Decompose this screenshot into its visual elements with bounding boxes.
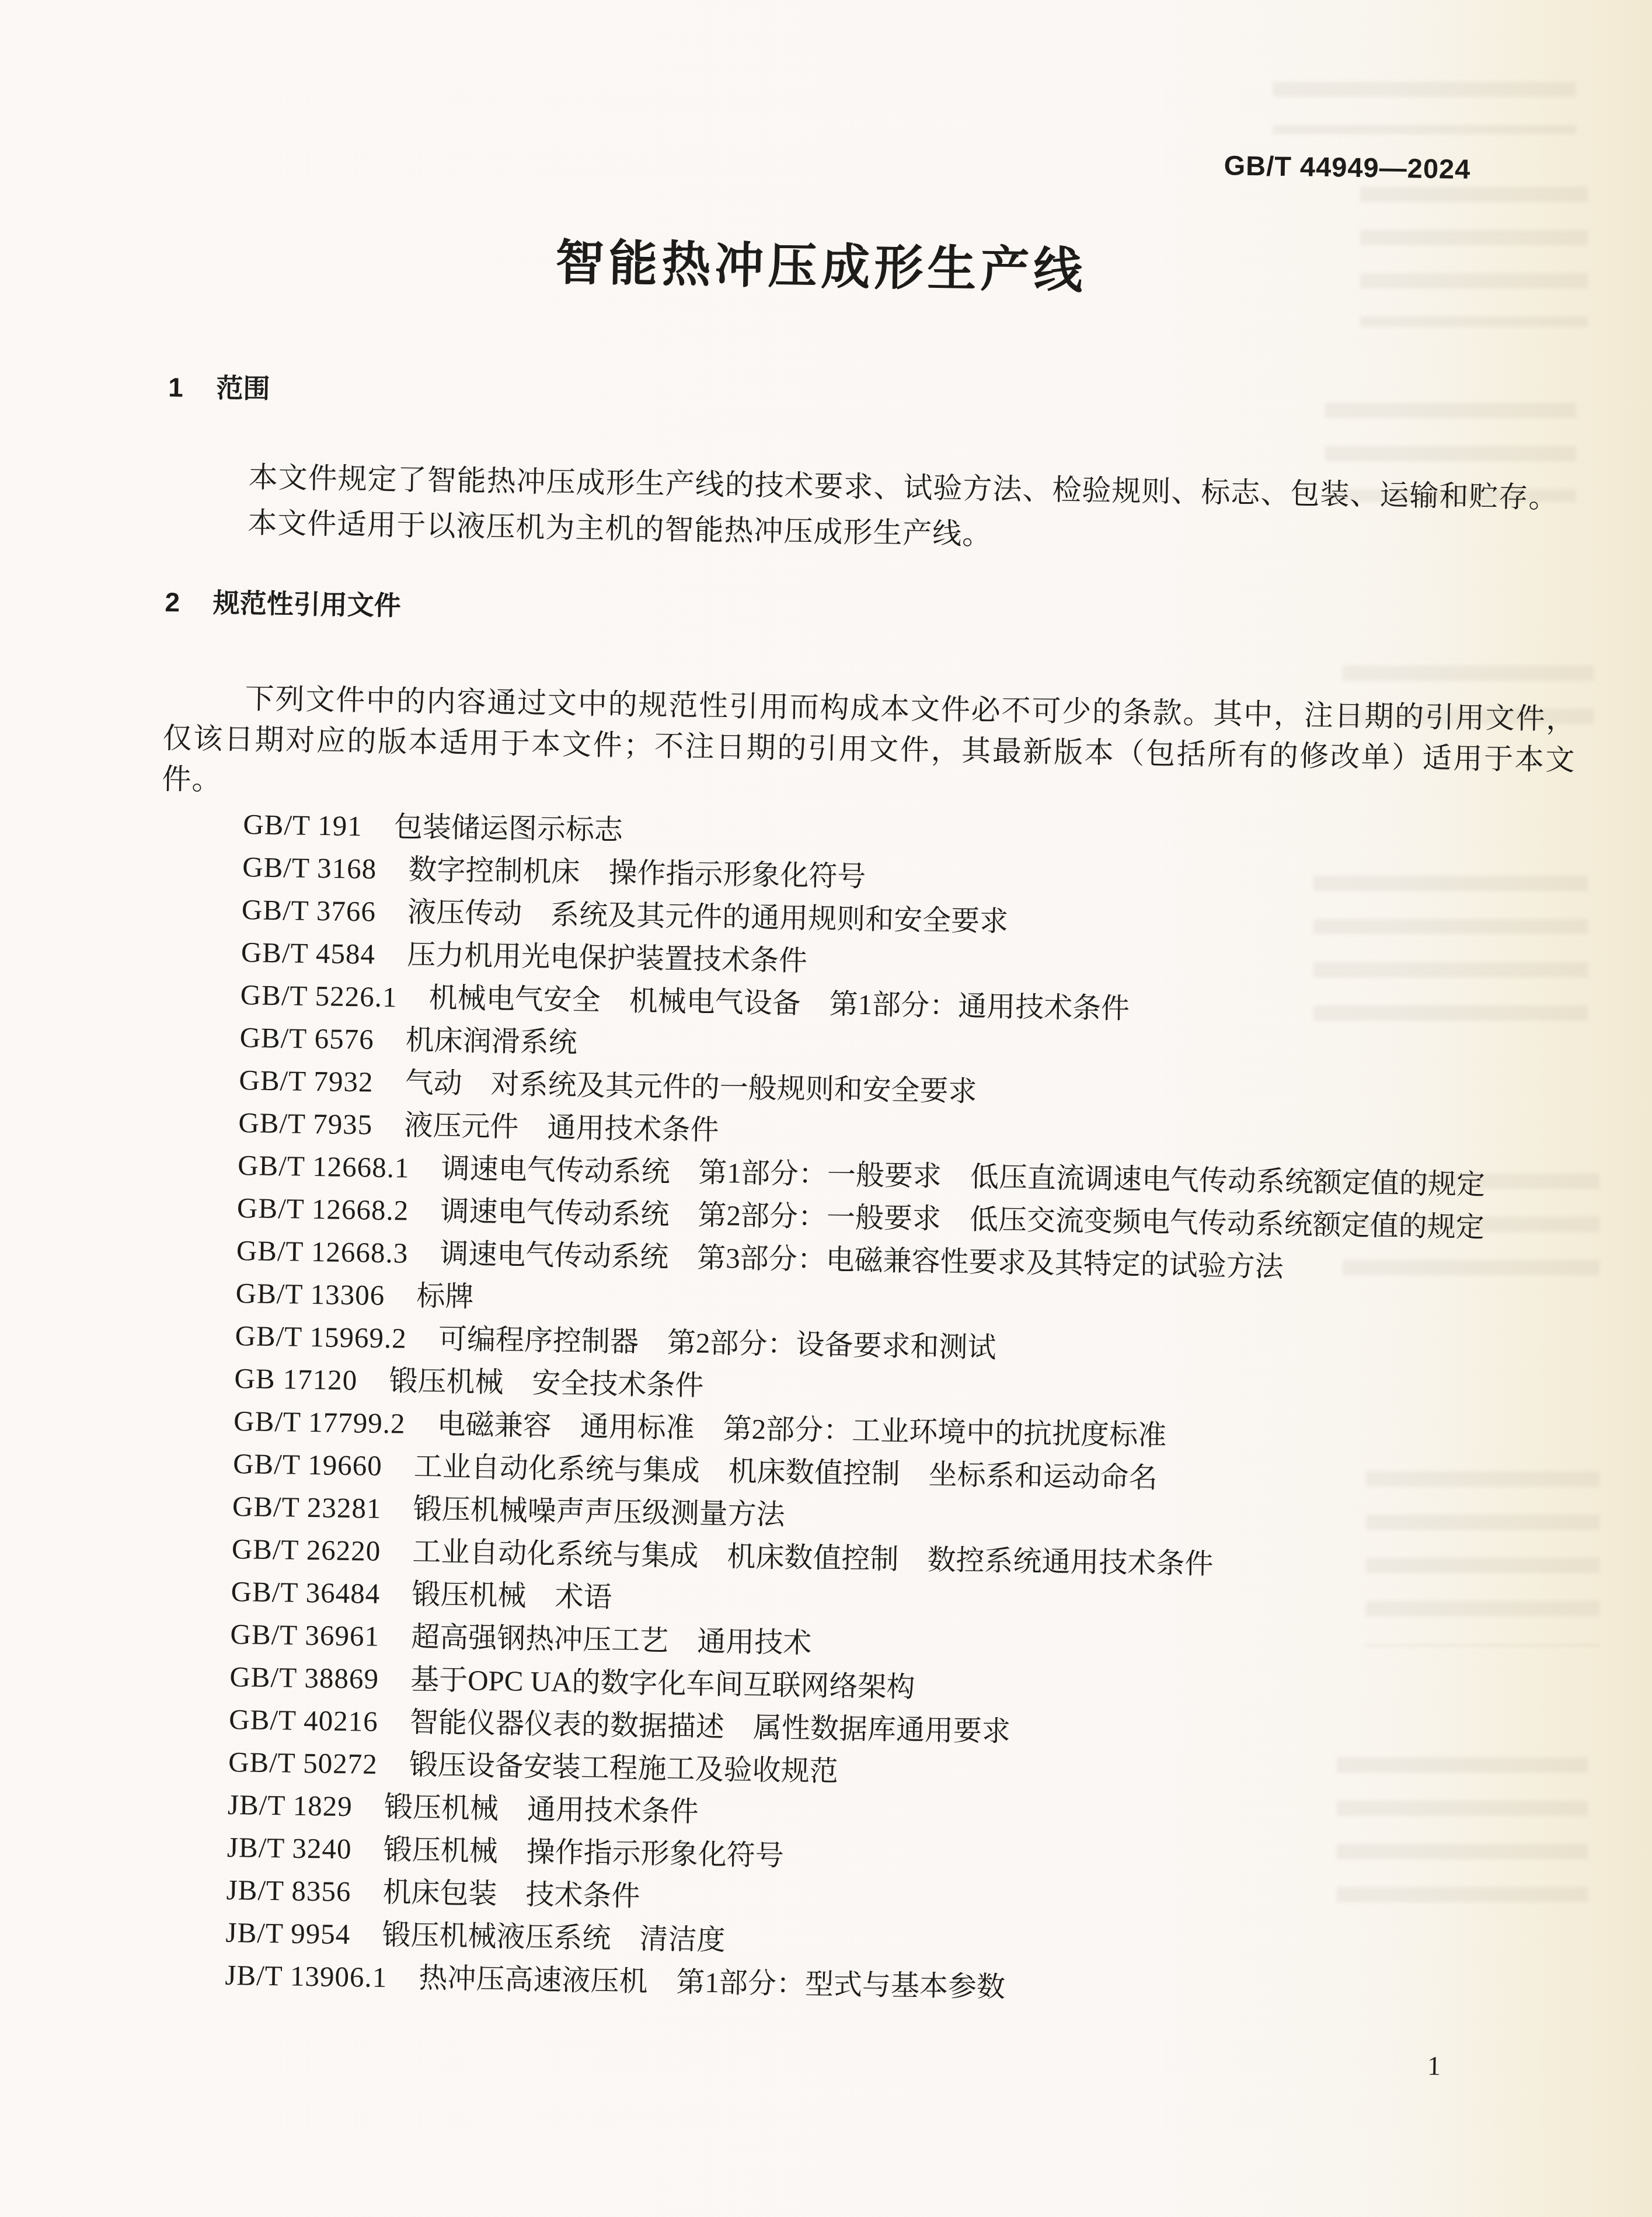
reference-standard-code: GB/T 40216 bbox=[229, 1703, 378, 1738]
references-intro-paragraph: 下列文件中的内容通过文中的规范性引用而构成本文件必不可少的条款。其中，注日期的引… bbox=[162, 677, 1576, 822]
reference-standard-title: 基于OPC UA的数字化车间互联网络架构 bbox=[410, 1663, 915, 1704]
reference-standard-title: 液压元件 通用技术条件 bbox=[404, 1109, 719, 1146]
reference-standard-title: 压力机用光电保护装置技术条件 bbox=[407, 939, 808, 977]
reference-standard-code: GB/T 4584 bbox=[241, 936, 376, 970]
reference-standard-code: GB/T 3168 bbox=[242, 851, 377, 885]
reference-standard-title: 超高强钢热冲压工艺 通用技术 bbox=[411, 1621, 812, 1659]
reference-standard-code: GB/T 23281 bbox=[232, 1490, 382, 1525]
reference-standard-title: 工业自动化系统与集成 机床数值控制 数控系统通用技术条件 bbox=[412, 1536, 1214, 1581]
reference-standard-title: 标牌 bbox=[416, 1280, 474, 1313]
scanned-document-page: GB/T 44949—2024 智能热冲压成形生产线 1 范围 本文件规定了智能… bbox=[143, 133, 1585, 2017]
reference-standard-code: GB/T 36484 bbox=[231, 1575, 380, 1610]
reference-standard-title: 智能仪器仪表的数据描述 属性数据库通用要求 bbox=[410, 1706, 1011, 1748]
page-title: 智能热冲压成形生产线 bbox=[170, 228, 1583, 307]
reference-standard-title: 机械电气安全 机械电气设备 第1部分：通用技术条件 bbox=[428, 982, 1130, 1025]
reference-standard-code: GB/T 26220 bbox=[231, 1533, 381, 1567]
reference-standard-title: 可编程序控制器 第2部分：设备要求和测试 bbox=[438, 1322, 996, 1363]
section-references-label: 规范性引用文件 bbox=[212, 587, 401, 621]
reference-standard-code: GB/T 7932 bbox=[239, 1064, 374, 1098]
ghost-text-block bbox=[1273, 82, 1576, 134]
reference-standard-title: 电磁兼容 通用标准 第2部分：工业环境中的抗扰度标准 bbox=[437, 1408, 1166, 1452]
reference-standard-code: GB/T 38869 bbox=[229, 1661, 379, 1695]
section-references-number: 2 bbox=[165, 586, 180, 618]
reference-standard-code: GB/T 7935 bbox=[238, 1106, 373, 1141]
section-scope-number: 1 bbox=[168, 371, 183, 403]
reference-standard-code: GB/T 15969.2 bbox=[235, 1320, 407, 1355]
reference-standard-code: GB/T 13306 bbox=[235, 1277, 385, 1311]
reference-standard-code: JB/T 8356 bbox=[226, 1874, 351, 1908]
reference-standard-title: 机床润滑系统 bbox=[405, 1024, 577, 1059]
page-number: 1 bbox=[1427, 2051, 1441, 2080]
reference-standard-code: JB/T 9954 bbox=[225, 1916, 351, 1950]
reference-standard-title: 锻压设备安装工程施工及验收规范 bbox=[409, 1749, 838, 1788]
reference-standard-title: 机床包装 技术条件 bbox=[382, 1876, 640, 1912]
reference-list: GB/T 191 包装储运图示标志 GB/T 3168 数字控制机床 操作指示形… bbox=[143, 802, 1574, 2017]
reference-standard-code: GB/T 36961 bbox=[230, 1618, 379, 1652]
reference-standard-code: GB/T 12668.3 bbox=[236, 1234, 409, 1269]
reference-standard-title: 锻压机械液压系统 清洁度 bbox=[382, 1919, 726, 1956]
reference-standard-title: 热冲压高速液压机 第1部分：型式与基本参数 bbox=[419, 1962, 1005, 2003]
reference-standard-code: GB/T 50272 bbox=[228, 1746, 378, 1780]
reference-standard-code: GB 17120 bbox=[234, 1362, 358, 1396]
reference-standard-title: 数字控制机床 操作指示形象化符号 bbox=[408, 854, 866, 893]
reference-standard-title: 锻压机械 通用技术条件 bbox=[384, 1791, 699, 1828]
reference-standard-code: GB/T 19660 bbox=[233, 1447, 382, 1482]
reference-standard-title: 液压传动 系统及其元件的通用规则和安全要求 bbox=[407, 896, 1009, 938]
reference-standard-code: GB/T 191 bbox=[243, 808, 363, 842]
reference-standard-title: 锻压机械 安全技术条件 bbox=[389, 1365, 704, 1401]
reference-standard-title: 工业自动化系统与集成 机床数值控制 坐标系和运动命名 bbox=[413, 1450, 1158, 1494]
reference-standard-title: 锻压机械 操作指示形象化符号 bbox=[383, 1833, 784, 1872]
reference-standard-code: GB/T 12668.1 bbox=[238, 1149, 410, 1184]
reference-standard-title: 调速电气传动系统 第3部分：电磁兼容性要求及其特定的试验方法 bbox=[440, 1237, 1284, 1283]
reference-standard-title: 包装储运图示标志 bbox=[394, 810, 623, 846]
section-scope-heading: 1 范围 bbox=[168, 371, 1581, 425]
section-scope-label: 范围 bbox=[216, 372, 270, 404]
section-references-heading: 2 规范性引用文件 bbox=[165, 586, 1578, 640]
reference-standard-code: GB/T 5226.1 bbox=[240, 979, 398, 1013]
standard-number: GB/T 44949—2024 bbox=[172, 133, 1585, 187]
reference-standard-title: 锻压机械 术语 bbox=[412, 1578, 612, 1613]
reference-standard-code: JB/T 13906.1 bbox=[225, 1959, 388, 1993]
reference-standard-title: 锻压机械噪声声压级测量方法 bbox=[413, 1493, 785, 1531]
reference-standard-code: GB/T 12668.2 bbox=[237, 1192, 409, 1227]
reference-standard-code: GB/T 3766 bbox=[242, 893, 377, 928]
reference-standard-code: JB/T 3240 bbox=[226, 1831, 352, 1865]
reference-standard-code: GB/T 6576 bbox=[239, 1021, 374, 1056]
reference-standard-code: JB/T 1829 bbox=[228, 1788, 353, 1822]
reference-standard-title: 气动 对系统及其元件的一般规则和安全要求 bbox=[405, 1067, 977, 1108]
reference-standard-code: GB/T 17799.2 bbox=[233, 1405, 406, 1440]
